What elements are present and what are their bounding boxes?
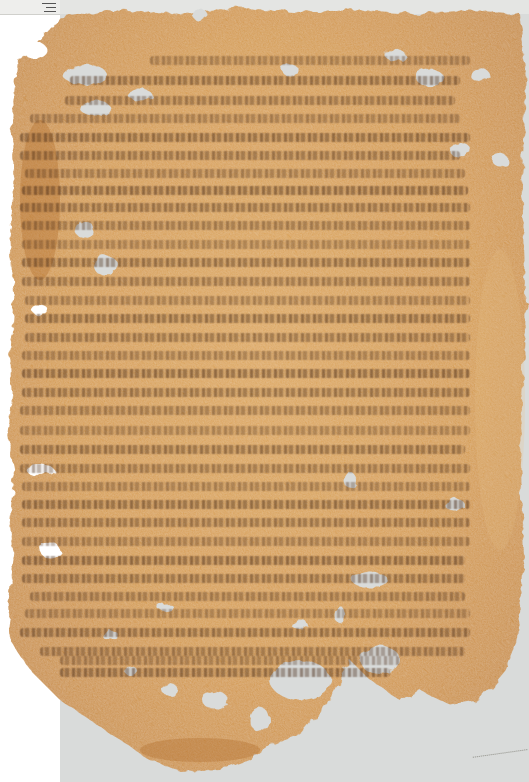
manuscript-line [30, 114, 460, 123]
manuscript-line [25, 333, 470, 342]
manuscript-line [25, 296, 470, 305]
manuscript-line [22, 518, 470, 527]
manuscript-line [70, 76, 460, 85]
manuscript-line [22, 240, 470, 249]
manuscript-line [40, 647, 465, 656]
manuscript-line [22, 537, 470, 546]
manuscript-line [22, 351, 470, 360]
manuscript-line [22, 500, 470, 509]
manuscript-line [60, 656, 400, 665]
manuscript-text-block [0, 0, 529, 782]
manuscript-line [20, 445, 465, 454]
manuscript-line [22, 258, 470, 267]
manuscript-line [22, 369, 470, 378]
manuscript-line [25, 609, 470, 618]
manuscript-line [60, 668, 390, 677]
manuscript-line [25, 314, 470, 323]
manuscript-line [20, 133, 470, 142]
manuscript-line [22, 277, 470, 286]
manuscript-line [22, 574, 465, 583]
manuscript-line [20, 203, 470, 212]
manuscript-line [22, 221, 470, 230]
manuscript-line [22, 186, 468, 195]
manuscript-line [22, 388, 470, 397]
manuscript-line [20, 406, 470, 415]
manuscript-line [20, 426, 470, 435]
manuscript-line [22, 482, 470, 491]
manuscript-line [20, 464, 470, 473]
manuscript-line [150, 56, 470, 65]
manuscript-line [20, 628, 470, 637]
manuscript-line [20, 151, 460, 160]
manuscript-line [22, 556, 465, 565]
manuscript-line [65, 96, 455, 105]
manuscript-line [25, 169, 465, 178]
manuscript-line [30, 592, 465, 601]
